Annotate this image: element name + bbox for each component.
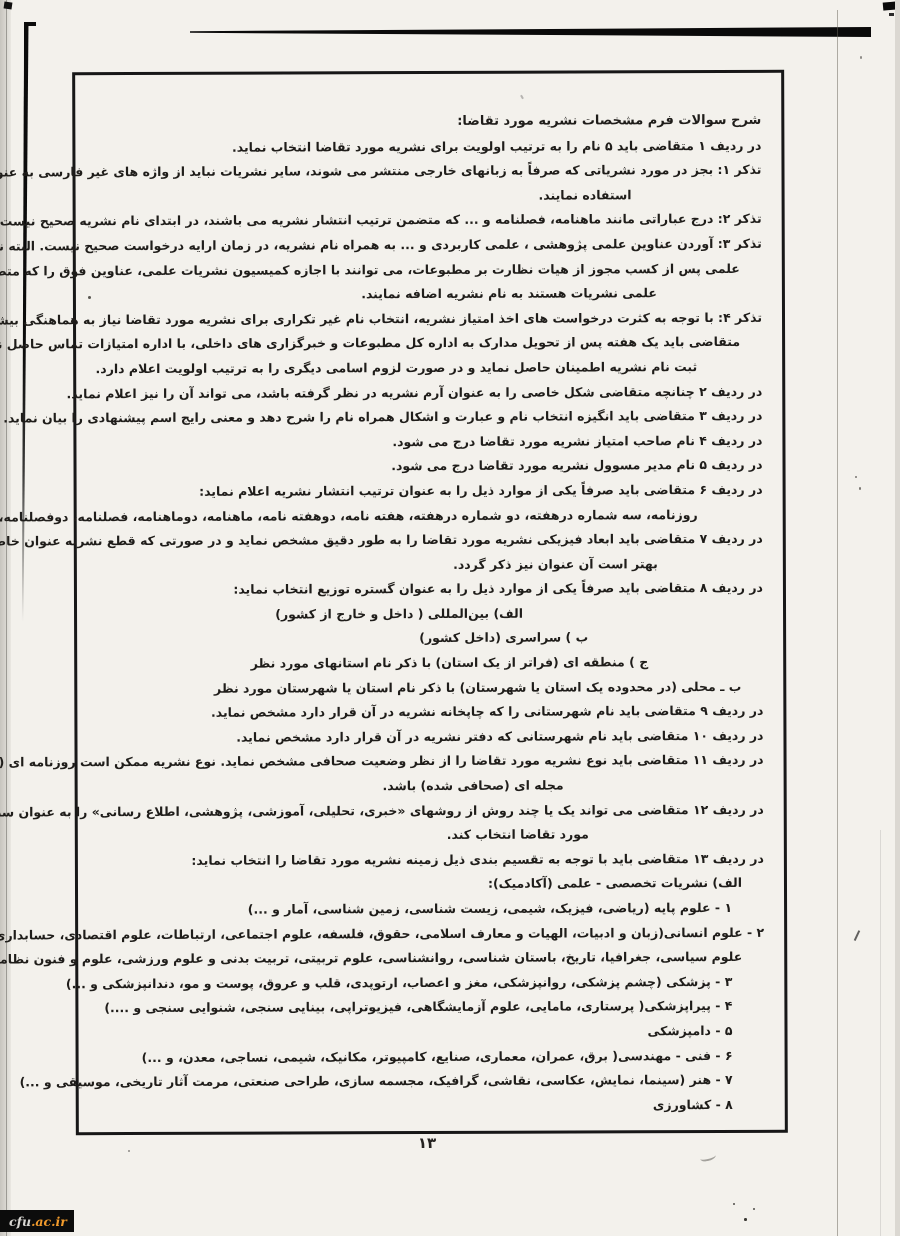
text-line: علوم سیاسی، جغرافیا، تاریخ، باستان شناسی…: [94, 945, 764, 972]
scan-corner-blob: [4, 1, 13, 9]
scan-right-edge-strip: [895, 0, 900, 1236]
text-line: تذکر ۲: درج عباراتی مانند ماهنامه، فصلنا…: [92, 207, 762, 234]
text-line: در ردیف ۱ متقاضی باید ۵ نام را به ترتیب …: [91, 133, 761, 160]
text-line: ۲ - علوم انسانی(زبان و ادبیات، الهیات و …: [94, 920, 764, 947]
page-right-edge-line: [837, 10, 838, 1236]
text-line: روزنامه، سه شماره درهفته، دو شماره درهفت…: [93, 502, 763, 529]
text-line: بهتر است آن عنوان نیز ذکر گردد.: [93, 552, 763, 579]
text-line: مورد تقاضا انتخاب کند.: [94, 822, 764, 849]
text-line: در ردیف ۵ نام مدیر مسوول نشریه مورد تقاض…: [92, 453, 762, 480]
watermark-prefix: cfu: [9, 1214, 31, 1229]
text-line: الف) نشریات تخصصی - علمی (آکادمیک):: [94, 871, 764, 898]
scan-speck: [88, 296, 91, 299]
text-line: در ردیف ۷ متقاضی باید ابعاد فیزیکی نشریه…: [93, 527, 763, 554]
text-line: در ردیف ۱۲ متقاضی می تواند یک یا چند روش…: [94, 797, 764, 824]
text-line: ۵ - دامپزشکی: [94, 1019, 764, 1046]
text-line: در ردیف ۸ متقاضی باید صرفاً یکی از موارد…: [93, 576, 763, 603]
scan-lower-right-line: [880, 830, 881, 1236]
scan-speck: [860, 56, 862, 59]
scan-speck: [753, 1208, 755, 1210]
scan-speck: [733, 1203, 735, 1205]
text-line: متقاضی باید یک هفته پس از تحویل مدارک به…: [92, 330, 762, 357]
site-watermark: cfu .ac.ir: [0, 1210, 74, 1232]
document-border: شرح سوالات فرم مشخصات نشریه مورد تقاضا:د…: [72, 70, 788, 1135]
pencil-squiggle-mark: [699, 1152, 716, 1163]
text-line: مجله ای (صحافی شده) باشد.: [94, 773, 764, 800]
text-line: تذکر ۳: آوردن عناوین علمی پژوهشی ، علمی …: [92, 232, 762, 259]
text-line: ب ـ محلی (در محدوده یک استان یا شهرستان)…: [93, 674, 763, 701]
scanned-page: { "colors": { "paper": "#f3f1ec", "ink":…: [0, 0, 900, 1236]
text-line: در ردیف ۱۳ متقاضی باید با توجه به تقسیم …: [94, 847, 764, 874]
scan-speck: [859, 487, 861, 490]
watermark-suffix: .ac.ir: [31, 1214, 67, 1229]
text-line: ۶ - فنی - مهندسی( برق، عمران، معماری، صن…: [95, 1043, 765, 1070]
scan-left-edge-line: [6, 0, 7, 1236]
text-line: ج ) منطقه ای (فراتر از یک استان) با ذکر …: [93, 650, 763, 677]
text-line: الف) بین‌المللی ( داخل و خارج از کشور): [93, 601, 763, 628]
text-line: ۷ - هنر (سینما، نمایش، عکاسی، نقاشی، گرا…: [95, 1068, 765, 1095]
text-line: در ردیف ۱۱ متقاضی باید نوع نشریه مورد تق…: [94, 748, 764, 775]
text-line: علمی نشریات هستند به نام نشریه اضافه نما…: [92, 281, 762, 308]
text-line: ۱ - علوم پایه (ریاضی، فیزیک، شیمی، زیست …: [94, 896, 764, 923]
text-line: تذکر ۱: بجز در مورد نشریاتی که صرفاً به …: [91, 158, 761, 185]
text-line: ثبت نام نشریه اطمینان حاصل نماید و در صو…: [92, 355, 762, 382]
text-line: استفاده نمایند.: [92, 183, 762, 210]
text-line: در ردیف ۴ نام صاحب امتیاز نشریه مورد تقا…: [92, 429, 762, 456]
text-line: شرح سوالات فرم مشخصات نشریه مورد تقاضا:: [91, 109, 761, 136]
text-line: در ردیف ۹ متقاضی باید نام شهرستانی را که…: [93, 699, 763, 726]
page-number: ۱۳: [74, 1134, 780, 1152]
text-line: در ردیف ۳ متقاضی باید انگیزه انتخاب نام …: [92, 404, 762, 431]
text-line: ۴ - پیراپزشکی( پرستاری، مامایی، علوم آزم…: [94, 994, 764, 1021]
text-line: ب ) سراسری (داخل کشور): [93, 625, 763, 652]
document-text: شرح سوالات فرم مشخصات نشریه مورد تقاضا:د…: [91, 109, 765, 1120]
scan-top-bar-artifact: [190, 27, 871, 37]
text-line: ۳ - پزشکی (چشم پزشکی، روانپزشکی، مغز و ا…: [94, 970, 764, 997]
scan-speck: [855, 476, 857, 478]
text-line: تذکر ۴: با توجه به کثرت درخواست های اخذ …: [92, 306, 762, 333]
scan-top-right-mark-small: [889, 13, 894, 16]
text-line: ۸ - کشاورزی: [95, 1093, 765, 1120]
text-line: در ردیف ۲ چنانچه متقاضی شکل خاصی را به ع…: [92, 379, 762, 406]
scan-speck: [128, 1150, 130, 1152]
text-line: در ردیف ۶ متقاضی باید صرفاً یکی از موارد…: [93, 478, 763, 505]
text-line: در ردیف ۱۰ متقاضی باید نام شهرستانی که د…: [93, 724, 763, 751]
scan-slash-mark: [854, 930, 860, 941]
scan-speck: [744, 1218, 747, 1221]
text-line: علمی پس از کسب مجوز از هیات نظارت بر مطب…: [92, 256, 762, 283]
